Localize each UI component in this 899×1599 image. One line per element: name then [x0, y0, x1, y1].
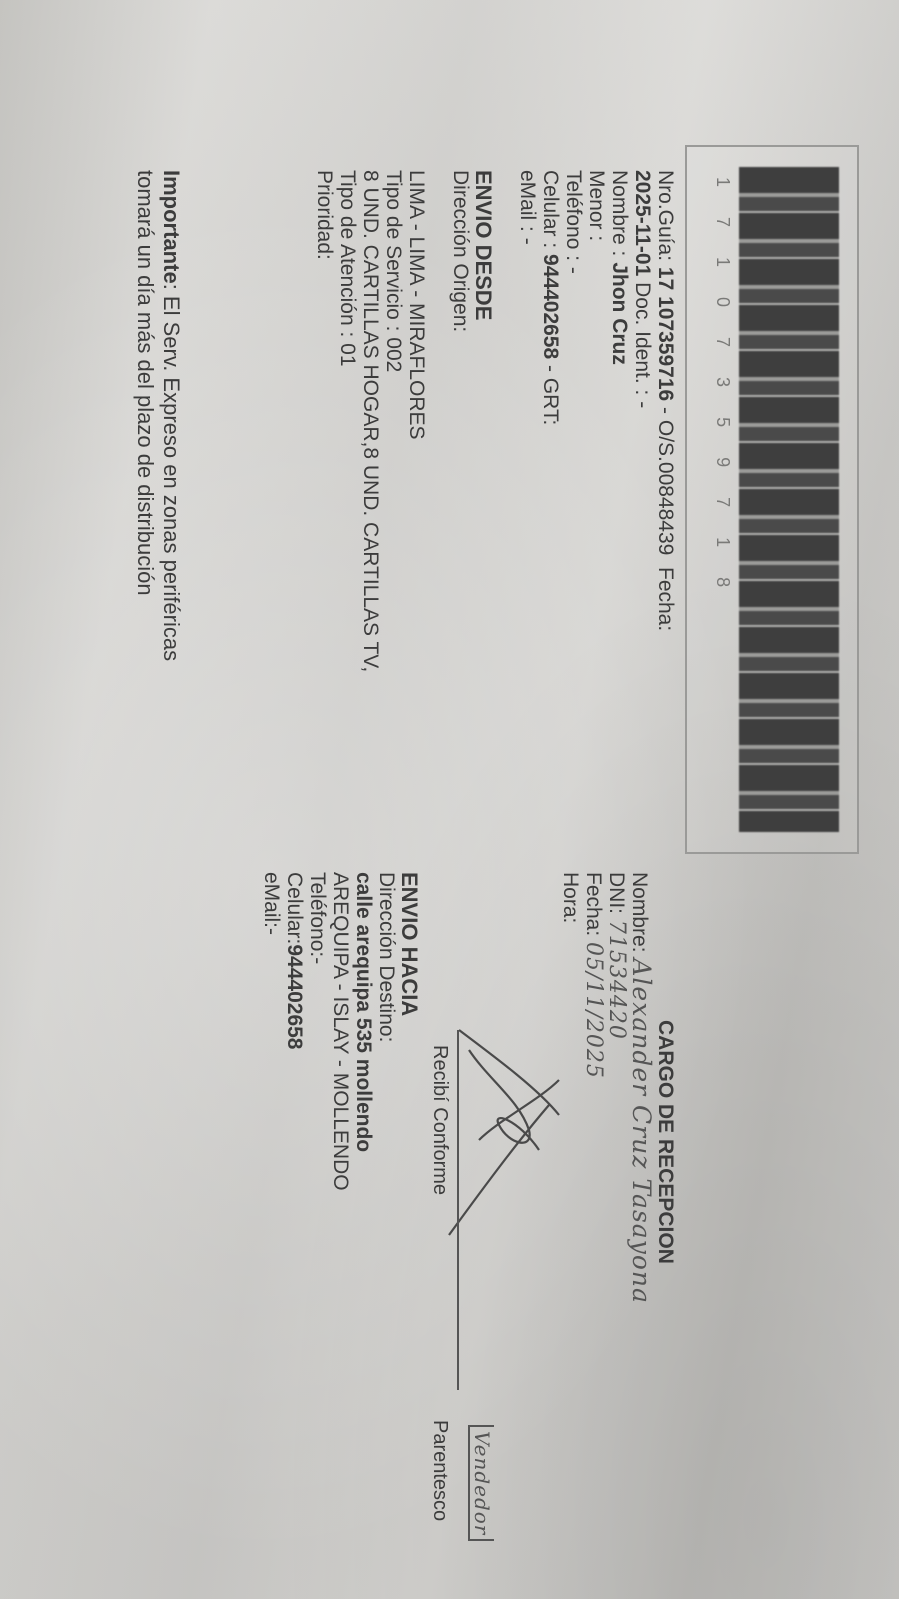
signature: [439, 1020, 579, 1240]
os-number: 00848439: [654, 462, 677, 555]
dni-line: DNI: 71534420: [605, 872, 628, 1512]
fecha-line: Fecha: 05/11/2025: [582, 872, 605, 1512]
fecha-doc-line: 2025-11-01 Doc. Ident. : -: [631, 170, 654, 850]
parentesco-label: Parentesco: [428, 1420, 451, 1521]
dest-telefono-line: Teléfono:-: [306, 872, 329, 1191]
guia-line: Nro.Guía: 17 107359716 - O/S.00848439 Fe…: [654, 170, 677, 850]
destination-location: AREQUIPA - ISLAY - MOLLENDO: [329, 872, 352, 1191]
recibi-conforme-label: Recibí Conforme: [428, 1045, 451, 1195]
direccion-origen-label: Dirección Origen:: [449, 170, 472, 850]
importante-note: Importante: El Serv. Expreso en zonas pe…: [132, 170, 184, 661]
sender-name: Jhon Cruz: [608, 262, 631, 365]
envio-desde-title: ENVIO DESDE: [472, 170, 495, 850]
sender-name-line: Nombre : Jhon Cruz: [608, 170, 631, 850]
origin-location: LIMA - LIMA - MIRAFLORES: [405, 170, 428, 850]
tipo-servicio: Tipo de Servicio : 002: [382, 170, 405, 850]
guia-details: Nro.Guía: 17 107359716 - O/S.00848439 Fe…: [313, 170, 677, 850]
direccion-destino-label: Dirección Destino:: [375, 872, 398, 1191]
barcode: 17107359718: [685, 145, 859, 854]
guia-date: 2025-11-01: [631, 170, 654, 276]
barcode-bars: [739, 167, 839, 832]
dni-handwritten: 71534420: [604, 920, 629, 1040]
destination-address: calle arequipa 535 mollendo: [352, 872, 375, 1191]
prioridad: Prioridad:: [313, 170, 336, 850]
parentesco-handwritten: Vendedor: [468, 1425, 494, 1541]
guia-number: 17 107359716: [654, 267, 677, 401]
barcode-digits: 17107359718: [712, 177, 733, 822]
sender-phone: 944402658: [539, 254, 562, 359]
cargo-title: CARGO DE RECEPCION: [653, 1020, 677, 1264]
menor-line: Menor :: [585, 170, 608, 850]
email-line: eMail : -: [516, 170, 539, 850]
contenido: 8 UND. CARTILLAS HOGAR,8 UND. CARTILLAS …: [359, 170, 382, 850]
tipo-atencion: Tipo de Atención : 01: [336, 170, 359, 850]
telefono-line: Teléfono : -: [562, 170, 585, 850]
envio-hacia: ENVIO HACIA Dirección Destino: calle are…: [260, 872, 421, 1191]
celular-line: Celular : 944402658 - GRT:: [539, 170, 562, 850]
dest-phone: 944402658: [283, 944, 306, 1049]
signature-line: [457, 1030, 459, 1390]
receiver-name-handwritten: Alexander Cruz Tasayona: [627, 958, 656, 1304]
envio-hacia-title: ENVIO HACIA: [398, 872, 421, 1191]
importante-label: Importante: [159, 170, 184, 284]
receiver-name-line: Nombre: Alexander Cruz Tasayona: [628, 872, 653, 1512]
fecha-handwritten: 05/11/2025: [581, 942, 606, 1079]
dest-email-line: eMail:-: [260, 872, 283, 1191]
shipping-receipt-document: 17107359718 Nro.Guía: 17 107359716 - O/S…: [0, 0, 899, 1599]
dest-celular-line: Celular:944402658: [283, 872, 306, 1191]
